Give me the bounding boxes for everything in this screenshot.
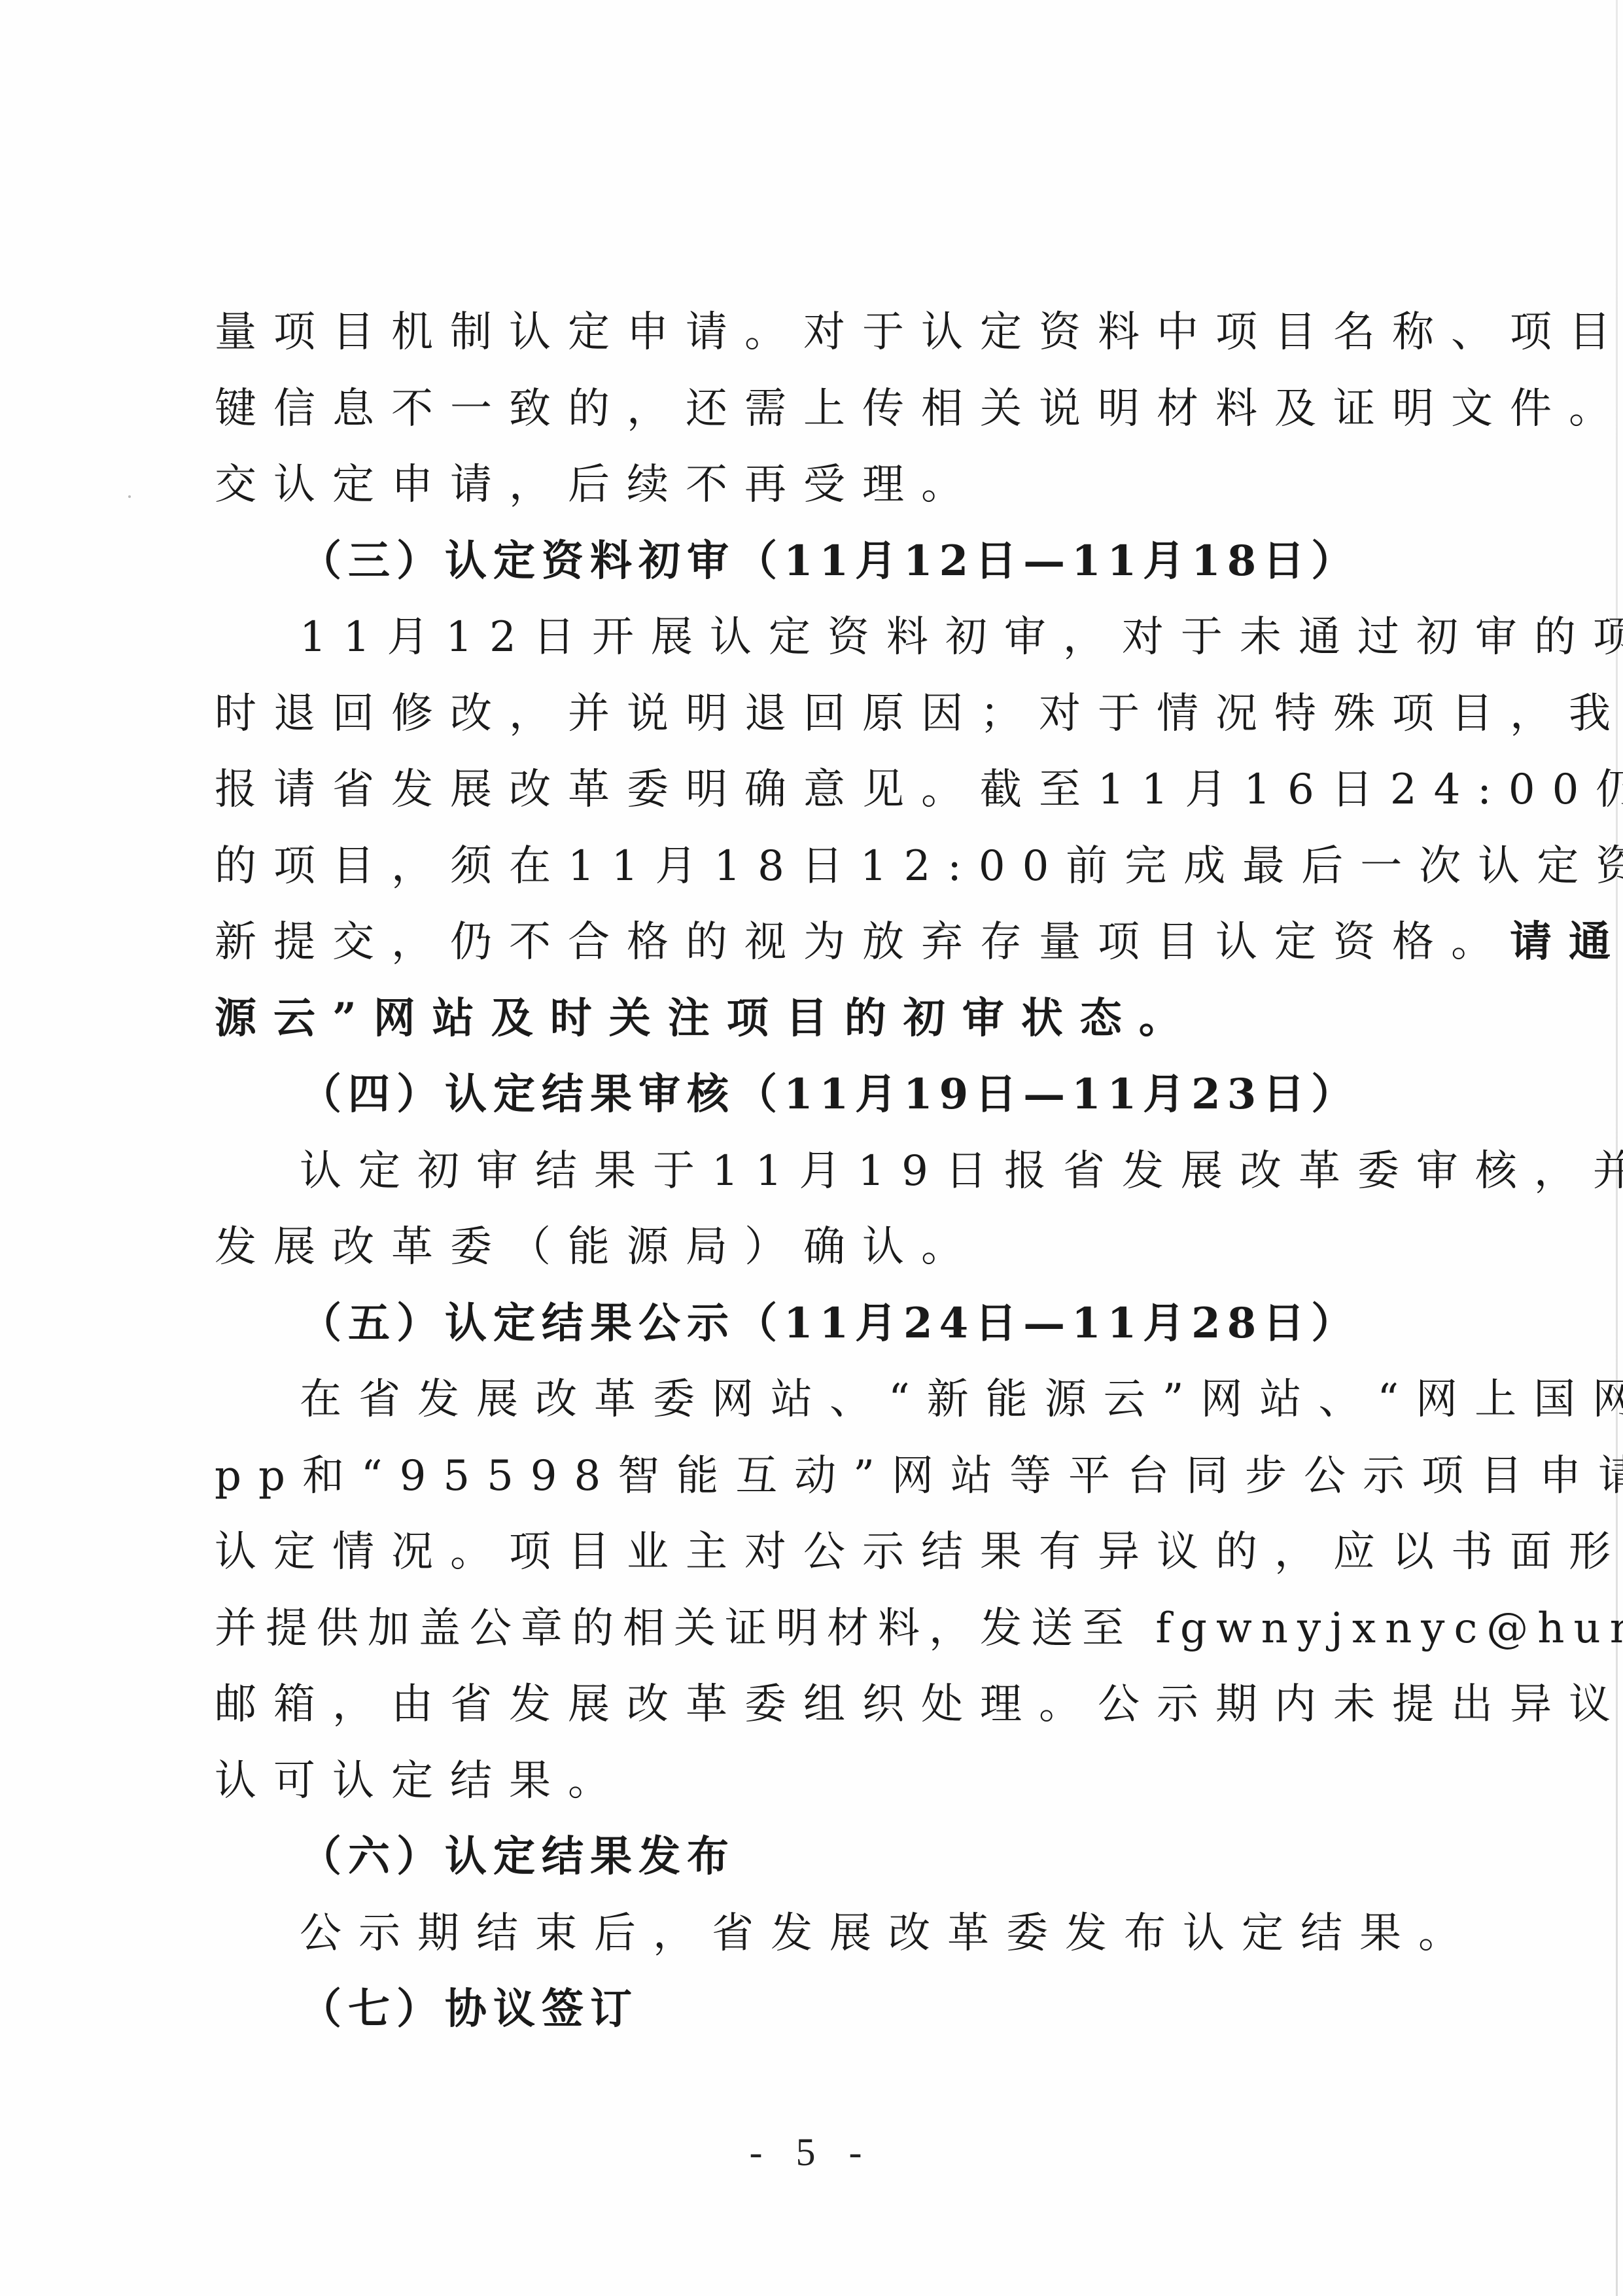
section-heading-4-result-review: （四）认定结果审核（11月19日—11月23日）	[215, 1057, 1412, 1133]
section-heading-5-result-publicity: （五）认定结果公示（11月24日—11月28日）	[215, 1286, 1412, 1362]
section-heading-6-result-release: （六）认定结果发布	[215, 1819, 1412, 1896]
body-line: 时退回修改，并说明退回原因；对于情况特殊项目，我公司及时	[215, 676, 1412, 752]
body-line: 量项目机制认定申请。对于认定资料中项目名称、项目规模等关	[215, 294, 1412, 371]
body-line: 发展改革委（能源局）确认。	[215, 1209, 1412, 1286]
body-line: 认定情况。项目业主对公示结果有异议的，应以书面形式提出，	[215, 1514, 1412, 1591]
document-body: 量项目机制认定申请。对于认定资料中项目名称、项目规模等关 键信息不一致的，还需上…	[215, 294, 1412, 2048]
bold-notice-run: 请通过“新能	[1510, 917, 1623, 966]
body-line: 在省发展改革委网站、“新能源云”网站、“网上国网”A	[215, 1362, 1412, 1438]
body-line: 公示期结束后，省发展改革委发布认定结果。	[215, 1896, 1412, 1972]
document-page: 量项目机制认定申请。对于认定资料中项目名称、项目规模等关 键信息不一致的，还需上…	[0, 0, 1623, 2296]
page-number: - 5 -	[0, 2130, 1623, 2175]
body-line: 报请省发展改革委明确意见。截至11月16日24:00仍未初审通过	[215, 752, 1412, 828]
body-text-run: 新提交，仍不合格的视为放弃存量项目认定资格。	[215, 918, 1510, 966]
body-line-with-email: 并提供加盖公章的相关证明材料，发送至 fgwnyjxnyc@hunan.gov.…	[215, 1591, 1412, 1667]
body-line: 交认定申请，后续不再受理。	[215, 447, 1412, 523]
scan-speck	[128, 495, 131, 498]
body-line: 键信息不一致的，还需上传相关说明材料及证明文件。逾期未提	[215, 371, 1412, 448]
section-heading-7-agreement-signing: （七）协议签订	[215, 1971, 1412, 2048]
body-line: pp和“95598智能互动”网站等平台同步公示项目申请、审核及	[215, 1438, 1412, 1515]
section-heading-3-preliminary-review: （三）认定资料初审（11月12日—11月18日）	[215, 523, 1412, 600]
body-line: 邮箱，由省发展改革委组织处理。公示期内未提出异议的，视为	[215, 1667, 1412, 1743]
bold-notice-line: 源云”网站及时关注项目的初审状态。	[215, 981, 1412, 1057]
body-line: 认可认定结果。	[215, 1743, 1412, 1820]
body-line: 认定初审结果于11月19日报省发展改革委审核，并由市州	[215, 1133, 1412, 1210]
body-line: 的项目，须在11月18日12:00前完成最后一次认定资料修改并重	[215, 828, 1412, 905]
body-line-mixed: 新提交，仍不合格的视为放弃存量项目认定资格。请通过“新能	[215, 904, 1412, 981]
body-line: 11月12日开展认定资料初审，对于未通过初审的项目，随	[215, 599, 1412, 676]
